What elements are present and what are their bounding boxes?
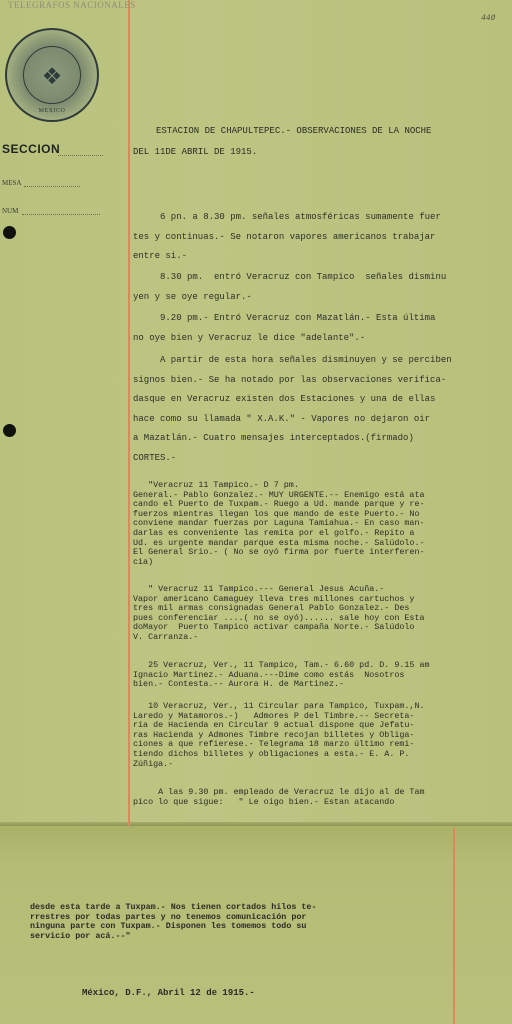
text-line: Laredo y Matamoros.-) Admores P del Timb… <box>133 711 414 721</box>
observation-paragraph: 6 pn. a 8.30 pm. señales atmosféricas su… <box>133 208 441 267</box>
text-line: tes y continuas.- Se notaron vapores ame… <box>133 228 441 248</box>
text-line: tiendo dichos billetes y obligaciones a … <box>133 749 409 759</box>
text-line: ciones a que refierese.- Telegrama 18 ma… <box>133 739 414 749</box>
text-line: entre si.- <box>133 247 441 267</box>
text-line: signos bien.- Se ha notado por las obser… <box>133 371 452 391</box>
intercepted-message: 25 Veracruz, Ver., 11 Tampico, Tam.- 6.6… <box>133 661 430 690</box>
mesa-label: MESA <box>2 179 21 187</box>
signature-date: México, D.F., Abril 12 de 1915.- <box>82 987 255 999</box>
text-line: hace como su llamada " X.A.K." - Vapores… <box>133 410 452 430</box>
text-line: "Veracruz 11 Tampico.- D 7 pm. <box>133 480 299 490</box>
text-line: El General Srio.- ( No se oyó firma por … <box>133 547 425 557</box>
report-date: DEL 11DE ABRIL DE 1915. <box>133 146 257 158</box>
text-line: ría de Hacienda en Circular 9 actual dis… <box>133 720 414 730</box>
seal-bottom-text: MEXICO <box>7 108 97 114</box>
text-line: 10 Veracruz, Ver., 11 Circular para Tamp… <box>133 701 425 711</box>
margin-rule <box>453 828 455 1024</box>
text-line: V. Carranza.- <box>133 632 198 642</box>
num-label: NUM <box>2 207 18 215</box>
text-line: yen y se oye regular.- <box>133 288 446 308</box>
text-line: 9.20 pm.- Entró Veracruz con Mazatlán.- … <box>133 309 435 329</box>
text-line: ras Hacienda y Admones Timbre recojan bi… <box>133 730 414 740</box>
text-line: A partir de esta hora señales disminuyen… <box>133 351 452 371</box>
text-line: cando el Puerto de Tuxpam.- Ruego a Ud. … <box>133 499 425 509</box>
seccion-label: SECCION <box>2 142 60 156</box>
text-line: doMayor Puerto Tampico activar campaña N… <box>133 622 414 632</box>
text-line: cia) <box>133 557 153 567</box>
text-line: tres mil armas consignadas General Pablo… <box>133 603 409 613</box>
signature-cortes: CORTES.- <box>133 449 452 469</box>
eagle-emblem-icon: ❖ <box>23 46 81 104</box>
seccion-field-line <box>58 155 103 156</box>
text-line: 8.30 pm. entró Veracruz con Tampico seña… <box>133 268 446 288</box>
text-line: pues conferenciar ....( no se oyó)......… <box>133 613 425 623</box>
observation-paragraph: 8.30 pm. entró Veracruz con Tampico seña… <box>133 268 446 307</box>
text-line: darlas es conveniente las remita por el … <box>133 528 414 538</box>
text-line: 6 pn. a 8.30 pm. señales atmosféricas su… <box>133 208 441 228</box>
text-line: rrestres por todas partes y no tenemos c… <box>30 912 306 922</box>
official-seal: ❖ MEXICO <box>5 28 99 122</box>
closing-note: A las 9.30 pm. empleado de Veracruz le d… <box>133 788 425 807</box>
text-line: ninguna parte con Tuxpam.- Disponen les … <box>30 921 306 931</box>
mesa-field-line <box>24 186 80 187</box>
text-line: dasque en Veracruz existen dos Estacione… <box>133 390 452 410</box>
punch-hole <box>3 424 16 437</box>
text-line: fuerzos mientras llegan los que mando de… <box>133 509 419 519</box>
report-heading: ESTACION DE CHAPULTEPEC.- OBSERVACIONES … <box>156 125 431 137</box>
text-line: a Mazatlán.- Cuatro mensajes interceptad… <box>133 429 452 449</box>
text-line: Ignacio Martinez.- Aduana.---Dime como e… <box>133 670 404 680</box>
text-line: 25 Veracruz, Ver., 11 Tampico, Tam.- 6.6… <box>133 660 430 670</box>
text-line: Ud. es urgente mandar parque esta misma … <box>133 538 425 548</box>
text-line: Zúñiga.- <box>133 759 173 769</box>
continuation-text: desde esta tarde a Tuxpam.- Nos tienen c… <box>30 903 316 941</box>
observation-paragraph: A partir de esta hora señales disminuyen… <box>133 351 452 468</box>
page-number: 440 <box>481 14 495 23</box>
num-field-line <box>22 214 100 215</box>
letterhead: TELEGRAFOS NACIONALES <box>8 0 136 10</box>
text-line: conviene mandar fuerzas por Laguna Tamia… <box>133 518 425 528</box>
punch-hole <box>3 226 16 239</box>
text-line: " Veracruz 11 Tampico.--- General Jesus … <box>133 584 384 594</box>
intercepted-message: "Veracruz 11 Tampico.- D 7 pm. General.-… <box>133 481 425 567</box>
text-line: no oye bien y Veracruz le dice "adelante… <box>133 329 435 349</box>
text-line: A las 9.30 pm. empleado de Veracruz le d… <box>133 787 425 797</box>
intercepted-message: 10 Veracruz, Ver., 11 Circular para Tamp… <box>133 702 425 769</box>
text-line: General.- Pablo Gonzalez.- MUY URGENTE.-… <box>133 490 425 500</box>
intercepted-message: " Veracruz 11 Tampico.--- General Jesus … <box>133 585 425 643</box>
text-line: bien.- Contesta.-- Aurora H. de Martinez… <box>133 679 344 689</box>
text-line: Vapor americano Camaguey lleva tres mill… <box>133 594 414 604</box>
observation-paragraph: 9.20 pm.- Entró Veracruz con Mazatlán.- … <box>133 309 435 348</box>
text-line: desde esta tarde a Tuxpam.- Nos tienen c… <box>30 902 316 912</box>
margin-rule <box>128 0 130 826</box>
text-line: pico lo que sigue: " Le oigo bien.- Esta… <box>133 797 394 807</box>
text-line: servicio por acá.--" <box>30 931 131 941</box>
